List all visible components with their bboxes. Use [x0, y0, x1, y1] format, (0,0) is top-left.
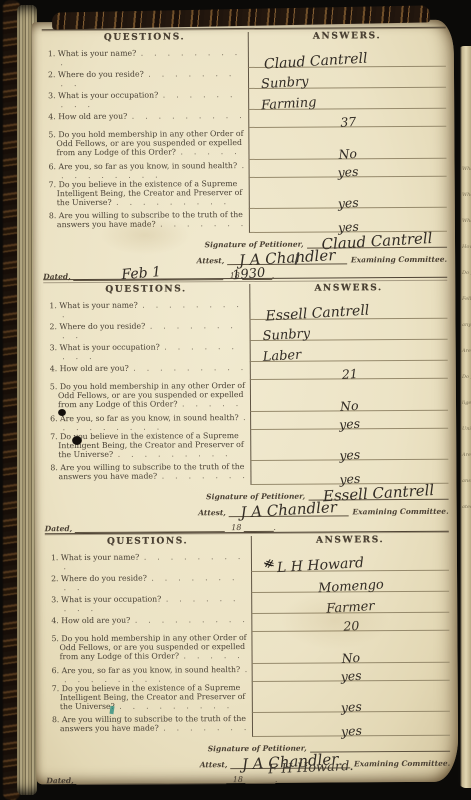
question-row: 5. Do you hold membership in any other O…	[42, 127, 446, 161]
question-row: 3. What is your occupation? Farming	[42, 88, 446, 111]
answer-line: yes	[249, 159, 447, 178]
answer-line: Farmer	[251, 592, 449, 614]
page-text-fragment: ated	[458, 504, 471, 510]
printed-year-prefix: 18	[233, 775, 243, 784]
attest-writing-line: J A Chandler	[229, 499, 349, 517]
answer-line: No	[248, 127, 446, 160]
question-text: 3. What is your occupation?	[42, 89, 248, 111]
question-row: 2. Where do you reside? Sunbry	[42, 67, 446, 90]
answer-line: #L H Howard	[251, 550, 449, 572]
attest-row: Attest, J A Chandler F H Howard. Examini…	[46, 752, 450, 770]
question-text: 7. Do you believe in the existence of a …	[44, 430, 250, 462]
dated-label: Dated,	[45, 524, 76, 533]
answers-header: ANSWERS.	[250, 535, 449, 551]
question-text: 1. What is your name?	[42, 47, 248, 69]
question-text: 2. Where do you reside?	[45, 572, 251, 594]
examining-committee-label: Examining Committee.	[347, 255, 447, 265]
questions-header: QUESTIONS.	[42, 32, 248, 48]
question-text: 5. Do you hold membership in any other O…	[45, 632, 251, 665]
question-row: 1. What is your name? #L H Howard	[45, 550, 449, 573]
attest-writing-line: J A Chandler	[227, 247, 347, 265]
answer-line: yes	[250, 411, 448, 430]
petition-ledger-page: QUESTIONS. ANSWERS. 1. What is your name…	[32, 20, 459, 785]
page-text-fragment: any	[458, 322, 471, 328]
page-text-fragment: ans	[458, 478, 471, 484]
attest-label: Attest,	[200, 760, 231, 769]
question-text: 6. Are you, so far as you know, in sound…	[44, 412, 250, 431]
answer-line: Sunbry	[250, 319, 448, 341]
printed-year-prefix: 18	[231, 523, 241, 532]
question-text: 1. What is your name?	[45, 551, 251, 573]
page-text-fragment: Do y	[458, 374, 471, 380]
question-text: 7. Do you believe in the existence of a …	[46, 682, 252, 714]
petition-form-section-3: QUESTIONS. ANSWERS. 1. What is your name…	[45, 531, 451, 784]
question-row: 5. Do you hold membership in any other O…	[45, 631, 449, 665]
answer-line: Essell Cantrell	[249, 298, 447, 320]
page-text-fragment: What	[458, 218, 471, 224]
scratched-mark: #	[262, 556, 276, 572]
year-writing-line	[243, 517, 273, 532]
examining-committee-label: Examining Committee.	[350, 759, 450, 769]
attest-label: Attest,	[198, 508, 229, 517]
year-value: 1930	[231, 265, 265, 283]
question-row: 3. What is your occupation? Laber	[44, 340, 448, 363]
page-text-fragment: How	[458, 244, 471, 250]
year-writing-line: 1930	[242, 265, 272, 280]
dated-value: Feb 1	[121, 264, 162, 283]
question-row: 7. Do you believe in the existence of a …	[44, 429, 448, 462]
question-text: 6. Are you, so far as you know, in sound…	[43, 160, 249, 179]
question-row: 1. What is your name? Claud Cantrell	[42, 46, 446, 69]
scanned-ledger-photo: QUESTIONS. ANSWERS. 1. What is your name…	[0, 0, 471, 800]
answer-line: No	[251, 631, 449, 664]
answer-line: yes	[250, 429, 448, 461]
question-text: 4. How old are you?	[42, 110, 248, 129]
answers-header: ANSWERS.	[249, 283, 448, 299]
question-row: 5. Do you hold membership in any other O…	[44, 379, 448, 413]
petition-form-section-2: QUESTIONS. ANSWERS. 1. What is your name…	[43, 277, 449, 533]
question-text: 6. Are you, so far as you know, in sound…	[46, 664, 252, 683]
question-text: 5. Do you hold membership in any other O…	[42, 128, 248, 161]
question-text: 1. What is your name?	[43, 299, 249, 321]
question-text: 3. What is your occupation?	[45, 593, 251, 615]
answer-line: yes	[252, 681, 450, 713]
question-row: 7. Do you believe in the existence of a …	[43, 177, 447, 210]
examining-committee-label: Examining Committee.	[348, 507, 448, 517]
question-row: 3. What is your occupation? Farmer	[45, 592, 449, 615]
answer-line: Claud Cantrell	[248, 46, 446, 68]
answers-header: ANSWERS.	[247, 31, 446, 47]
attest-writing-line: J A Chandler F H Howard.	[230, 751, 350, 769]
answer-line: No	[250, 379, 448, 412]
ink-blot	[72, 436, 82, 445]
answer-line: Momengo	[251, 571, 449, 593]
ink-blot	[58, 409, 66, 416]
period: .	[273, 523, 275, 532]
answer-line: yes	[249, 177, 447, 209]
answer-line: 37	[248, 109, 446, 128]
answer-line: yes	[252, 712, 450, 737]
question-text: 7. Do you believe in the existence of a …	[43, 178, 249, 210]
questions-header: QUESTIONS.	[43, 284, 249, 300]
attest-row: Attest, J A Chandler Examining Committee…	[45, 500, 449, 518]
question-text: 4. How old are you?	[44, 362, 250, 381]
dated-row: Dated, 18 .	[46, 769, 450, 785]
question-row: 2. Where do you reside? Momengo	[45, 571, 449, 594]
attest-label: Attest,	[197, 256, 228, 265]
page-text-fragment: Fell	[458, 296, 471, 302]
page-text-fragment: What	[458, 166, 471, 172]
page-text-fragment: Are	[458, 452, 471, 458]
question-text: 8. Are you willing to subscribe to the t…	[46, 713, 252, 738]
page-text-fragment: Do y	[458, 270, 471, 276]
answer-line: Sunbry	[248, 67, 446, 89]
adjacent-page-sliver: WhatWheWhatHowDo yFellanyAreDo yligeUniA…	[458, 46, 471, 788]
year-writing-line	[245, 769, 275, 784]
page-text-fragment: lige	[458, 400, 471, 406]
answer-line: Farming	[248, 88, 446, 110]
question-text: 2. Where do you reside?	[42, 68, 248, 90]
attest-row: Attest, J A Chandler Examining Committee…	[43, 248, 447, 266]
dated-writing-line: Feb 1	[74, 265, 224, 281]
question-row: 2. Where do you reside? Sunbry	[44, 319, 448, 342]
question-row: 1. What is your name? Essell Cantrell	[43, 298, 447, 321]
question-text: 4. How old are you?	[45, 614, 251, 633]
question-text: 3. What is your occupation?	[44, 341, 250, 363]
questions-header: QUESTIONS.	[45, 536, 251, 552]
answer-line: Laber	[250, 340, 448, 362]
page-text-fragment: Are	[458, 348, 471, 354]
answer-line: yes	[252, 663, 450, 682]
question-row: 7. Do you believe in the existence of a …	[46, 681, 450, 714]
answer-line: 21	[250, 361, 448, 380]
question-text: 2. Where do you reside?	[44, 320, 250, 342]
question-text: 8. Are you willing to subscribe to the t…	[43, 209, 249, 234]
question-text: 8. Are you willing to subscribe to the t…	[44, 461, 250, 486]
dated-label: Dated,	[46, 776, 77, 785]
question-text: 5. Do you hold membership in any other O…	[44, 380, 250, 413]
page-text-fragment: Uni	[458, 426, 471, 432]
petition-form-section-1: QUESTIONS. ANSWERS. 1. What is your name…	[42, 27, 448, 279]
page-text-fragment: Whe	[458, 192, 471, 198]
dated-writing-line	[77, 769, 227, 785]
dated-writing-line	[75, 517, 225, 533]
answer-line: 20	[251, 613, 449, 632]
